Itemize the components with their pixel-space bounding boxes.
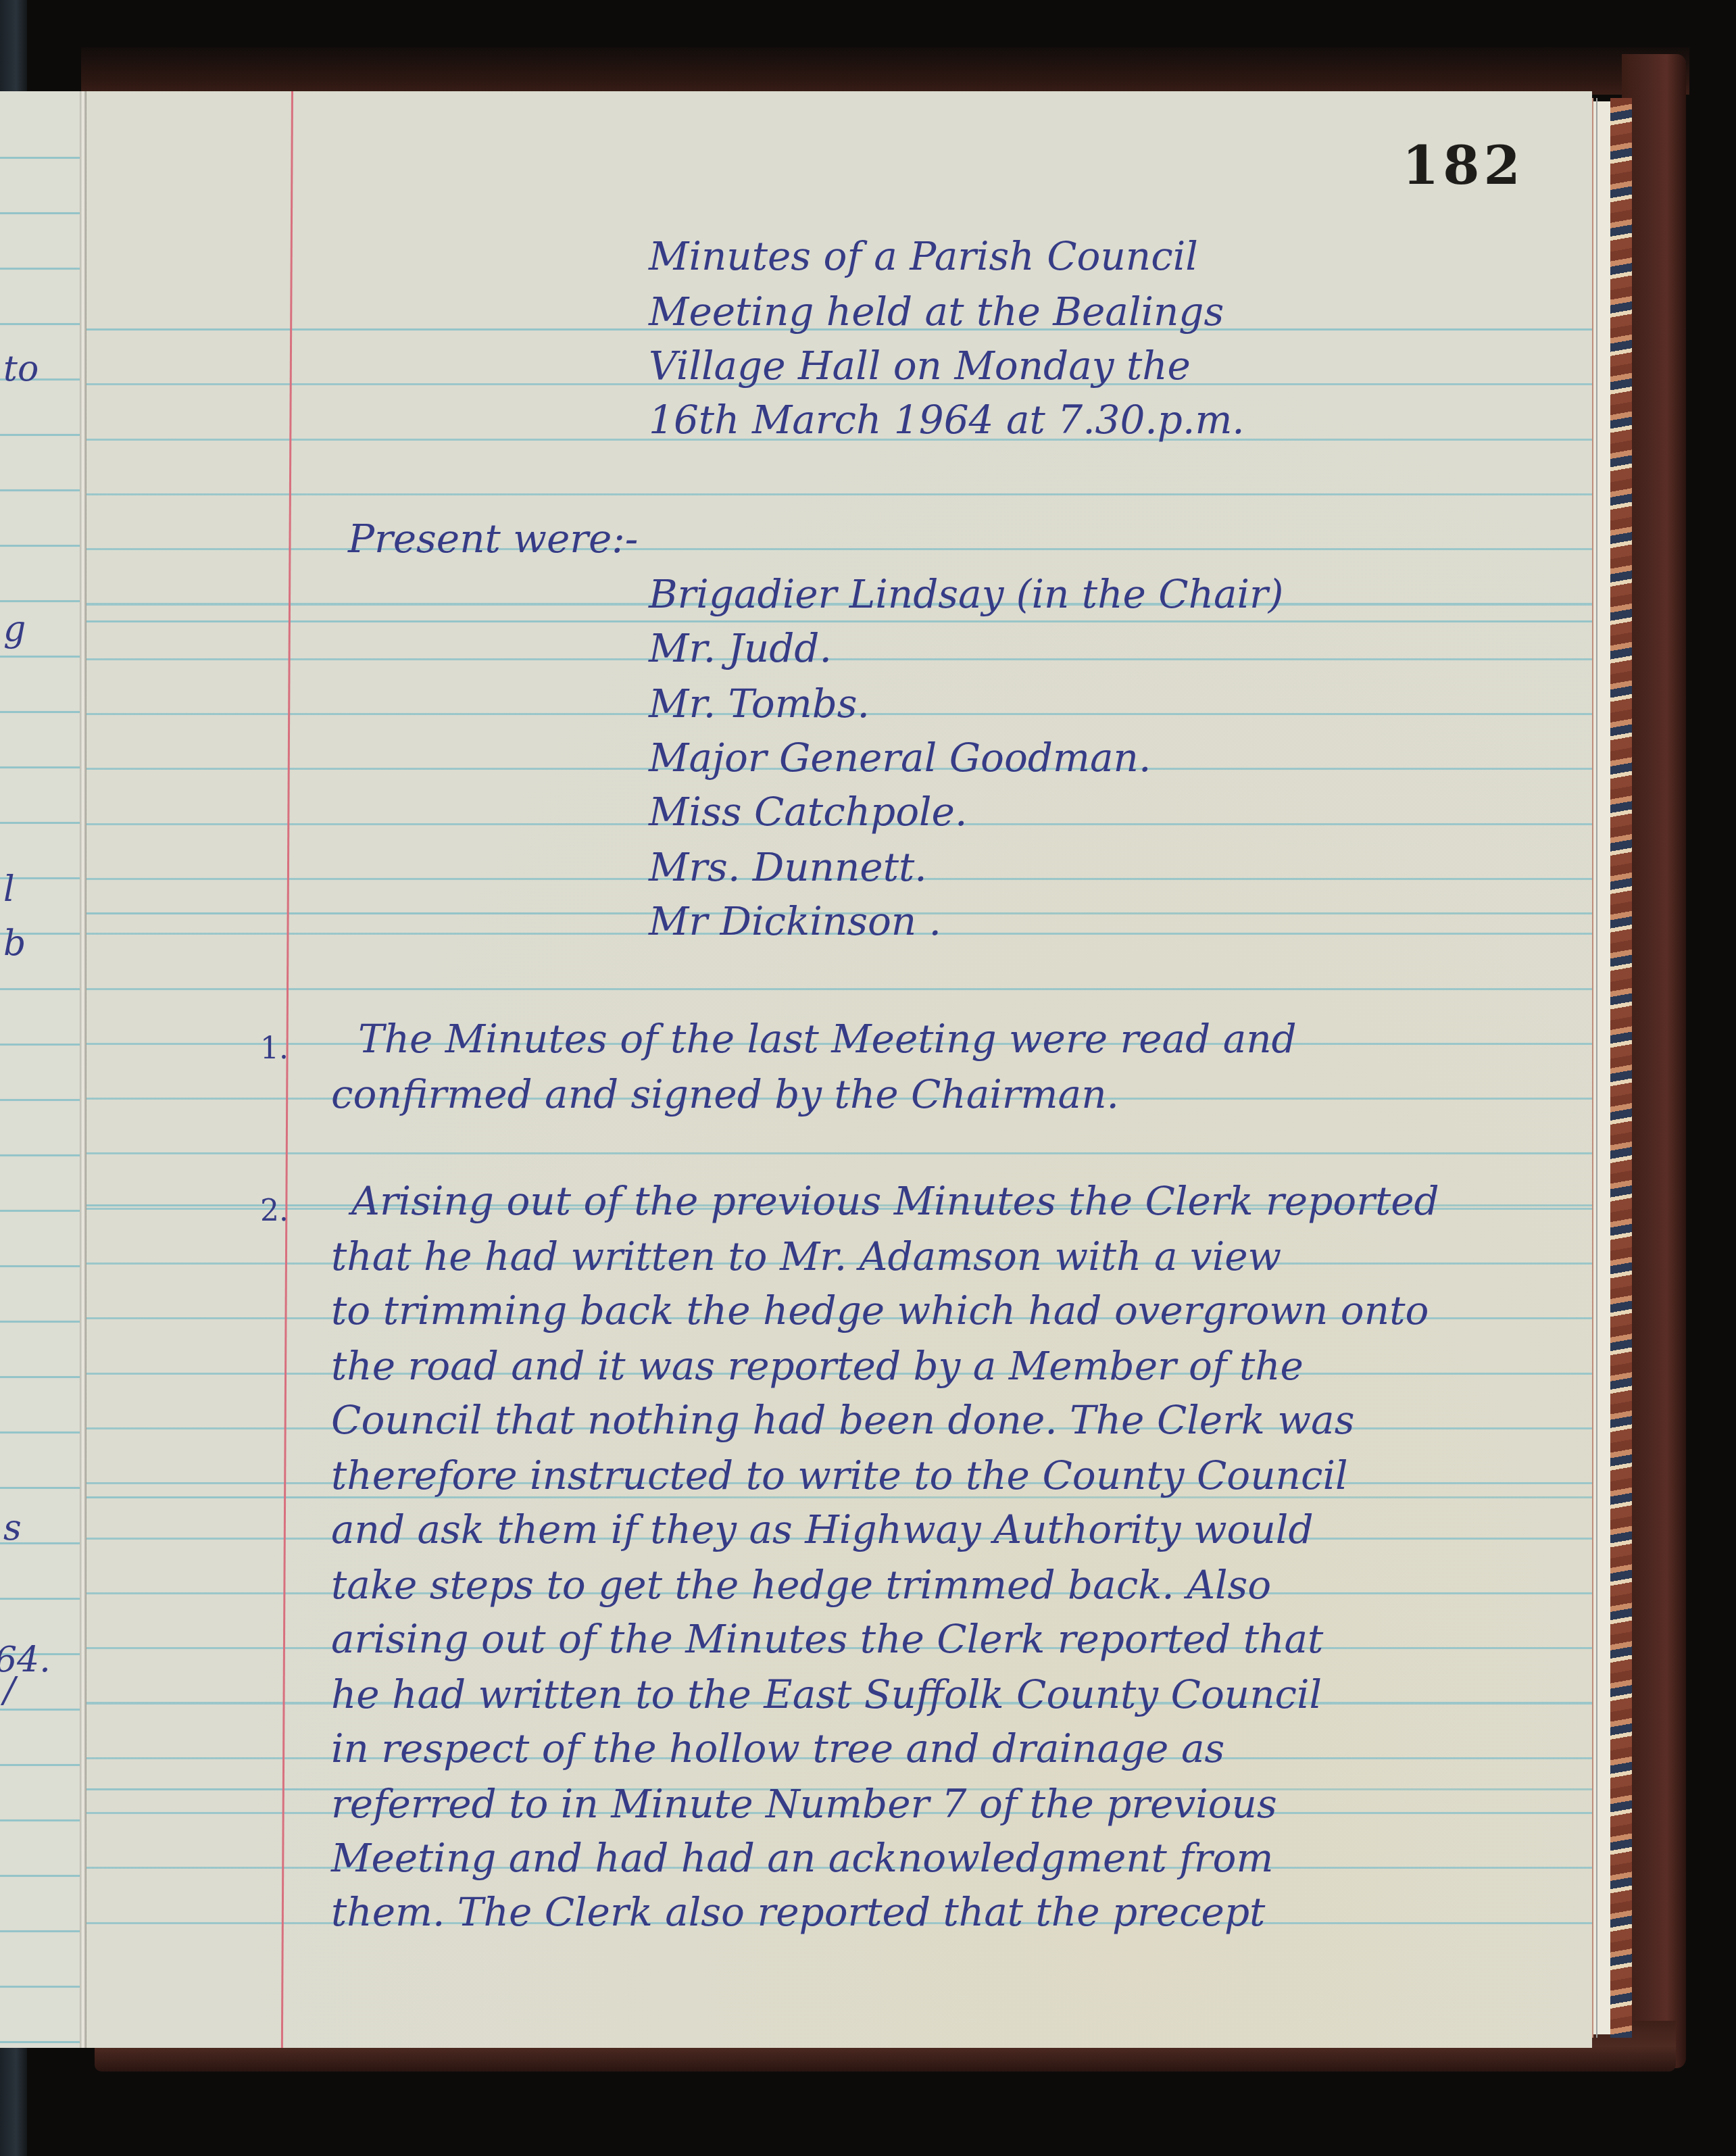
- item-text-line: Council that nothing had been done. The …: [331, 1400, 1354, 1440]
- right-margin-rule: [1592, 98, 1593, 2038]
- item-text-line: Arising out of the previous Minutes the …: [351, 1181, 1439, 1221]
- right-margin-rule-secondary: [1596, 98, 1597, 2038]
- marbled-page-edges: [1610, 98, 1632, 2038]
- item-number: 1.: [260, 1034, 289, 1064]
- top-cover-edge: [81, 47, 1689, 95]
- left-page-fragment: b: [3, 926, 26, 961]
- heading-line: Minutes of a Parish Council: [649, 237, 1198, 276]
- attendee: Mrs. Dunnett.: [649, 848, 927, 887]
- item-text-line: them. The Clerk also reported that the p…: [331, 1892, 1265, 1932]
- item-number: 2.: [260, 1196, 289, 1226]
- heading-line: Meeting held at the Bealings: [649, 292, 1224, 331]
- left-page-fragment: /: [3, 1673, 16, 1708]
- item-text-line: take steps to get the hedge trimmed back…: [331, 1565, 1271, 1604]
- item-text-line: and ask them if they as Highway Authorit…: [331, 1510, 1314, 1549]
- page-number: 182: [1402, 135, 1524, 197]
- attendee: Brigadier Lindsay (in the Chair): [649, 574, 1283, 614]
- attendee: Major General Goodman.: [649, 738, 1151, 777]
- heading-line: Village Hall on Monday the: [649, 346, 1191, 385]
- attendee: Mr. Judd.: [649, 629, 832, 668]
- item-text-line: that he had written to Mr. Adamson with …: [331, 1237, 1281, 1276]
- item-text-line: therefore instructed to write to the Cou…: [331, 1456, 1348, 1495]
- item-text-line: arising out of the Minutes the Clerk rep…: [331, 1619, 1323, 1659]
- left-page-fragment: to: [3, 351, 39, 387]
- item-text-line: Meeting and had had an acknowledgment fr…: [331, 1838, 1273, 1878]
- item-text-line: in respect of the hollow tree and draina…: [331, 1729, 1224, 1768]
- item-text-line: confirmed and signed by the Chairman.: [331, 1075, 1119, 1114]
- left-page-fragment: s: [3, 1511, 22, 1546]
- book-gutter: [80, 91, 86, 2048]
- item-text-line: referred to in Minute Number 7 of the pr…: [331, 1784, 1277, 1823]
- item-text-line: The Minutes of the last Meeting were rea…: [358, 1019, 1297, 1058]
- left-page-fragment: g: [3, 612, 26, 647]
- heading-line: 16th March 1964 at 7.30.p.m.: [649, 400, 1245, 439]
- attendee: Miss Catchpole.: [649, 792, 967, 831]
- attendee: Mr. Tombs.: [649, 684, 870, 723]
- item-text-line: the road and it was reported by a Member…: [331, 1346, 1304, 1386]
- item-text-line: he had written to the East Suffolk Count…: [331, 1675, 1322, 1714]
- item-text-line: to trimming back the hedge which had ove…: [331, 1291, 1429, 1330]
- present-label: Present were:-: [348, 519, 638, 558]
- left-page-fragment: l: [3, 872, 15, 907]
- attendee: Mr Dickinson .: [649, 902, 941, 941]
